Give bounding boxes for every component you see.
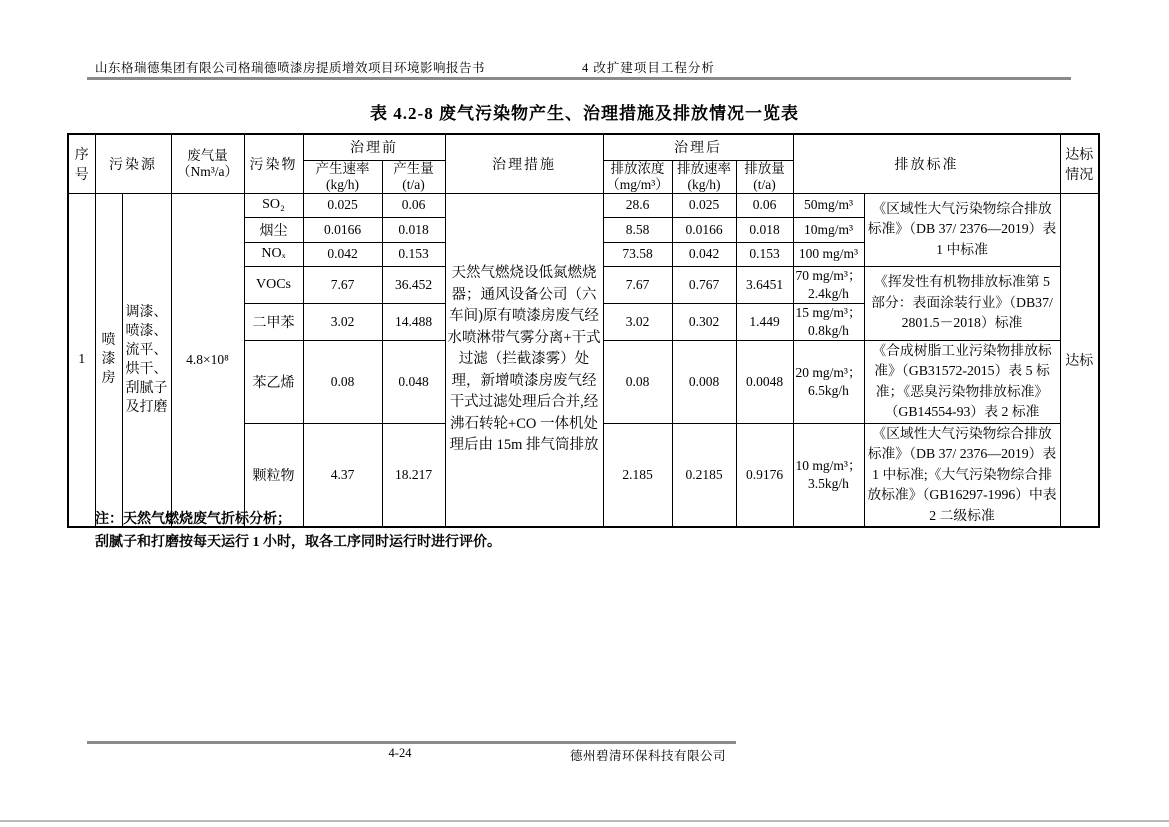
header-divider-rule <box>87 77 1071 80</box>
cell-limit-xylene: 15 mg/m³； 0.8kg/h <box>793 303 864 340</box>
cell-standard-pm: 《区域性大气污染物综合排放标准》（DB 37/ 2376—2019）表 1 中标… <box>864 423 1060 527</box>
header-standard: 排放标准 <box>793 134 1060 193</box>
cell-pre-rate-smoke: 0.0166 <box>303 217 382 242</box>
cell-gas-volume: 4.8×10⁸ <box>171 193 244 527</box>
header-source: 污染源 <box>95 134 171 193</box>
footer-divider-rule <box>87 741 736 744</box>
cell-standard-regional: 《区域性大气污染物综合排放标准》（DB 37/ 2376—2019）表 1 中标… <box>864 193 1060 266</box>
cell-post-rate-so2: 0.025 <box>672 193 736 217</box>
note-line-1: 注：天然气燃烧废气折标分析； <box>95 509 501 532</box>
page-header-left: 山东格瑞德集团有限公司格瑞德喷漆房提质增效项目环境影响报告书 <box>95 58 485 76</box>
cell-post-conc-so2: 28.6 <box>603 193 672 217</box>
cell-post-amount-vocs: 3.6451 <box>736 266 793 303</box>
cell-standard-resin: 《合成树脂工业污染物排放标准》（GB31572-2015）表 5 标准；《恶臭污… <box>864 340 1060 423</box>
footer-page-number: 4-24 <box>330 746 470 761</box>
cell-pre-rate-vocs: 7.67 <box>303 266 382 303</box>
cell-pollutant-smoke: 烟尘 <box>244 217 303 242</box>
cell-limit-styrene: 20 mg/m³； 6.5kg/h <box>793 340 864 423</box>
document-page: 山东格瑞德集团有限公司格瑞德喷漆房提质增效项目环境影响报告书 4 改扩建项目工程… <box>0 0 1169 827</box>
cell-post-conc-styrene: 0.08 <box>603 340 672 423</box>
cell-pollutant-vocs: VOCs <box>244 266 303 303</box>
cell-limit-pm: 10 mg/m³； 3.5kg/h <box>793 423 864 527</box>
header-gas-volume: 废气量 （Nm³/a） <box>171 134 244 193</box>
cell-pre-amount-smoke: 0.018 <box>382 217 445 242</box>
page-header-right: 4 改扩建项目工程分析 <box>582 58 715 76</box>
header-seq: 序 号 <box>68 134 95 193</box>
cell-pre-amount-xylene: 14.488 <box>382 303 445 340</box>
cell-post-amount-so2: 0.06 <box>736 193 793 217</box>
cell-post-amount-xylene: 1.449 <box>736 303 793 340</box>
header-post-treatment: 治理后 <box>603 134 793 160</box>
cell-pre-amount-styrene: 0.048 <box>382 340 445 423</box>
cell-post-rate-smoke: 0.0166 <box>672 217 736 242</box>
cell-post-conc-nox: 73.58 <box>603 242 672 266</box>
cell-post-rate-nox: 0.042 <box>672 242 736 266</box>
cell-limit-smoke: 10mg/m³ <box>793 217 864 242</box>
header-pre-rate: 产生速率 (kg/h) <box>303 160 382 193</box>
footer-company-name: 德州碧清环保科技有限公司 <box>570 746 726 764</box>
header-post-conc: 排放浓度 （mg/m³） <box>603 160 672 193</box>
cell-post-rate-pm: 0.2185 <box>672 423 736 527</box>
header-pre-treatment: 治理前 <box>303 134 445 160</box>
table-title: 表 4.2-8 废气污染物产生、治理措施及排放情况一览表 <box>0 99 1169 124</box>
cell-source-type: 喷 漆 房 <box>95 193 122 527</box>
table-notes: 注：天然气燃烧废气折标分析； 刮腻子和打磨按每天运行 1 小时，取各工序同时运行… <box>95 509 501 554</box>
header-post-rate: 排放速率 (kg/h) <box>672 160 736 193</box>
header-measures: 治理措施 <box>445 134 603 193</box>
cell-post-rate-vocs: 0.767 <box>672 266 736 303</box>
cell-pre-rate-xylene: 3.02 <box>303 303 382 340</box>
cell-post-amount-smoke: 0.018 <box>736 217 793 242</box>
emission-table: 序 号 污染源 废气量 （Nm³/a） 污染物 治理前 治理措施 治理后 排放标… <box>67 133 1100 528</box>
cell-source-processes: 调漆、 喷漆、 流平、 烘干、 刮腻子 及打磨 <box>122 193 171 527</box>
header-pollutant: 污染物 <box>244 134 303 193</box>
header-pre-amount: 产生量 (t/a) <box>382 160 445 193</box>
cell-treatment-measure: 天然气燃烧设低氮燃烧器；通风设备公司（六车间)原有喷漆房废气经水喷淋带气雾分离+… <box>445 193 603 527</box>
cell-compliance: 达标 <box>1060 193 1099 527</box>
cell-post-rate-styrene: 0.008 <box>672 340 736 423</box>
header-post-amount: 排放量 (t/a) <box>736 160 793 193</box>
cell-pre-amount-vocs: 36.452 <box>382 266 445 303</box>
cell-pre-amount-nox: 0.153 <box>382 242 445 266</box>
header-compliance: 达标 情况 <box>1060 134 1099 193</box>
cell-seq: 1 <box>68 193 95 527</box>
cell-pollutant-xylene: 二甲苯 <box>244 303 303 340</box>
cell-limit-so2: 50mg/m³ <box>793 193 864 217</box>
cell-limit-nox: 100 mg/m³ <box>793 242 864 266</box>
cell-post-amount-pm: 0.9176 <box>736 423 793 527</box>
cell-pollutant-styrene: 苯乙烯 <box>244 340 303 423</box>
cell-pre-rate-so2: 0.025 <box>303 193 382 217</box>
cell-pollutant-so2: SO₂ <box>244 193 303 217</box>
cell-post-conc-xylene: 3.02 <box>603 303 672 340</box>
cell-pre-rate-nox: 0.042 <box>303 242 382 266</box>
cell-pollutant-nox: NOₓ <box>244 242 303 266</box>
cell-post-conc-vocs: 7.67 <box>603 266 672 303</box>
cell-pre-rate-styrene: 0.08 <box>303 340 382 423</box>
page-bottom-edge <box>0 820 1169 822</box>
cell-post-amount-styrene: 0.0048 <box>736 340 793 423</box>
note-line-2: 刮腻子和打磨按每天运行 1 小时，取各工序同时运行时进行评价。 <box>95 532 501 555</box>
cell-post-conc-pm: 2.185 <box>603 423 672 527</box>
cell-post-amount-nox: 0.153 <box>736 242 793 266</box>
cell-post-rate-xylene: 0.302 <box>672 303 736 340</box>
cell-post-conc-smoke: 8.58 <box>603 217 672 242</box>
cell-standard-voc: 《挥发性有机物排放标准第 5 部分：表面涂装行业》（DB37/ 2801.5－2… <box>864 266 1060 340</box>
cell-pre-amount-so2: 0.06 <box>382 193 445 217</box>
cell-limit-vocs: 70 mg/m³； 2.4kg/h <box>793 266 864 303</box>
